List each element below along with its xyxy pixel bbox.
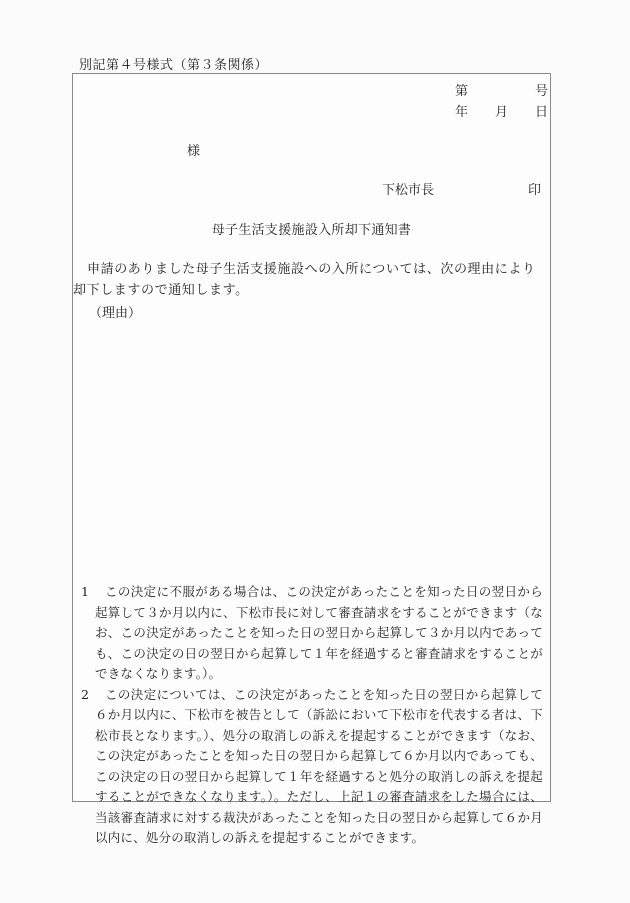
note-number: 2 (81, 685, 95, 849)
form-label: 別記第４号様式（第３条関係） (79, 54, 268, 73)
date-day: 日 (535, 101, 548, 120)
document-number-prefix: 第 (455, 80, 468, 99)
body-paragraph: 申請のありました母子生活支援施設への入所については、次の理由により却下しますので… (73, 259, 543, 301)
date-year: 年 (455, 101, 468, 120)
reason-label: （理由） (89, 302, 141, 321)
note-item: 2 この決定については、この決定があったことを知った日の翌日から起算して６か月以… (81, 685, 543, 849)
sender-name: 下松市長 (382, 179, 434, 198)
notes-section: 1 この決定に不服がある場合は、この決定があったことを知った日の翌日から起算して… (81, 582, 543, 849)
note-text: この決定については、この決定があったことを知った日の翌日から起算して６か月以内に… (95, 685, 543, 849)
seal-mark: 印 (528, 179, 541, 198)
document-title: 母子生活支援施設入所却下通知書 (73, 219, 550, 238)
note-text: この決定に不服がある場合は、この決定があったことを知った日の翌日から起算して３か… (95, 582, 543, 685)
note-item: 1 この決定に不服がある場合は、この決定があったことを知った日の翌日から起算して… (81, 582, 543, 685)
note-number: 1 (81, 582, 95, 685)
recipient-honorific: 様 (187, 140, 200, 159)
date-month: 月 (495, 101, 508, 120)
document-number-suffix: 号 (535, 80, 548, 99)
notice-document: 第 号 年 月 日 様 下松市長 印 母子生活支援施設入所却下通知書 申請のあり… (72, 73, 551, 802)
